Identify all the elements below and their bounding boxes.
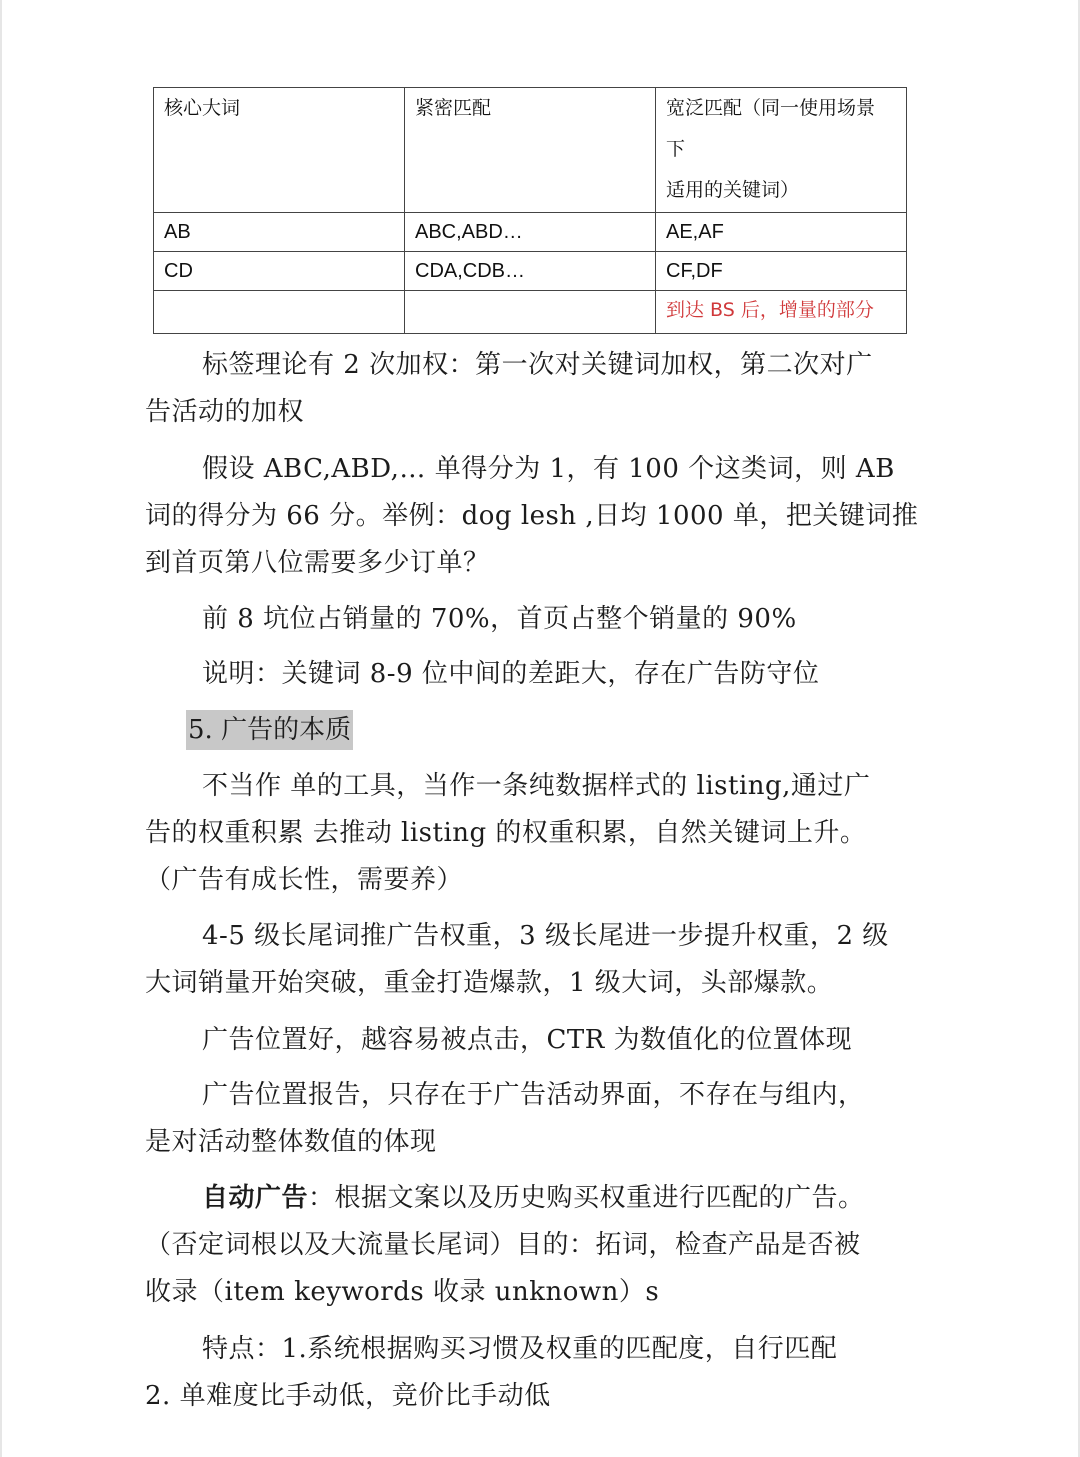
text-line: 4-5 级长尾词推广告权重，3 级长尾进一步提升权重，2 级: [202, 921, 889, 951]
text-line: 词的得分为 66 分。举例：dog lesh ,日均 1000 单，把关键词推: [145, 501, 918, 531]
table-cell-note: 到达 BS 后，增量的部分: [656, 291, 907, 334]
text-line: （广告有成长性，需要养）: [145, 865, 463, 895]
text-line: 2. 单难度比手动低，竞价比手动低: [145, 1381, 551, 1411]
bold-term: 自动广告: [202, 1183, 308, 1213]
text-line: 特点：1.系统根据购买习惯及权重的匹配度，自行匹配: [202, 1334, 837, 1364]
text-line: ：根据文案以及历史购买权重进行匹配的广告。: [308, 1183, 865, 1213]
table-header-row: 核心大词 紧密匹配 宽泛匹配（同一使用场景 下 适用的关键词）: [154, 88, 907, 213]
paragraph-label-theory: 标签理论有 2 次加权：第一次对关键词加权，第二次对广 告活动的加权: [145, 342, 937, 436]
text-line: 说明：关键词 8-9 位中间的差距大，存在广告防守位: [202, 659, 819, 689]
table-cell: AB: [154, 213, 405, 252]
text-line: 告活动的加权: [145, 397, 304, 427]
text-line: 假设 ABC,ABD,… 单得分为 1，有 100 个这类词，则 AB: [202, 454, 895, 484]
paragraph-features: 特点：1.系统根据购买习惯及权重的匹配度，自行匹配 2. 单难度比手动低，竞价比…: [145, 1326, 937, 1420]
paragraph-explanation: 说明：关键词 8-9 位中间的差距大，存在广告防守位: [145, 651, 937, 698]
header-broad-line-2: 下: [666, 129, 896, 170]
header-core-keyword: 核心大词: [154, 88, 405, 213]
section-heading: 5. 广告的本质: [186, 710, 353, 750]
paragraph-score-example: 假设 ABC,ABD,… 单得分为 1，有 100 个这类词，则 AB 词的得分…: [145, 446, 937, 587]
paragraph-sales-share: 前 8 坑位占销量的 70%，首页占整个销量的 90%: [145, 596, 937, 643]
text-line: 收录（item keywords 收录 unknown）s: [145, 1277, 659, 1307]
header-broad-line-1: 宽泛匹配（同一使用场景: [666, 88, 896, 129]
table-cell: [405, 291, 656, 334]
paragraph-ad-essence: 不当作 单的工具，当作一条纯数据样式的 listing,通过广 告的权重积累 去…: [145, 763, 937, 904]
table-cell: CF,DF: [656, 252, 907, 291]
text-line: 前 8 坑位占销量的 70%，首页占整个销量的 90%: [202, 604, 797, 634]
text-line: 是对活动整体数值的体现: [145, 1127, 437, 1157]
table-cell: [154, 291, 405, 334]
table-cell: AE,AF: [656, 213, 907, 252]
text-line: 告的权重积累 去推动 listing 的权重积累，自然关键词上升。: [145, 818, 866, 848]
table-row: AB ABC,ABD… AE,AF: [154, 213, 907, 252]
header-exact-match: 紧密匹配: [405, 88, 656, 213]
keyword-match-table: 核心大词 紧密匹配 宽泛匹配（同一使用场景 下 适用的关键词） AB ABC,A…: [153, 87, 907, 334]
paragraph-ctr: 广告位置好，越容易被点击，CTR 为数值化的位置体现: [145, 1017, 937, 1064]
header-broad-line-3: 适用的关键词）: [666, 170, 896, 211]
table-cell: CD: [154, 252, 405, 291]
paragraph-placement-report: 广告位置报告，只存在于广告活动界面，不存在与组内， 是对活动整体数值的体现: [145, 1072, 937, 1166]
paragraph-auto-ads: 自动广告：根据文案以及历史购买权重进行匹配的广告。 （否定词根以及大流量长尾词）…: [145, 1175, 937, 1316]
page-edge-left: [0, 0, 2, 1457]
header-broad-match: 宽泛匹配（同一使用场景 下 适用的关键词）: [656, 88, 907, 213]
text-line: 广告位置好，越容易被点击，CTR 为数值化的位置体现: [202, 1025, 852, 1055]
table-row: 到达 BS 后，增量的部分: [154, 291, 907, 334]
text-line: 标签理论有 2 次加权：第一次对关键词加权，第二次对广: [202, 350, 873, 380]
table-cell: ABC,ABD…: [405, 213, 656, 252]
paragraph-longtail-levels: 4-5 级长尾词推广告权重，3 级长尾进一步提升权重，2 级 大词销量开始突破，…: [145, 913, 937, 1007]
text-line: 到首页第八位需要多少订单？: [145, 548, 490, 578]
text-line: 大词销量开始突破，重金打造爆款，1 级大词，头部爆款。: [145, 968, 833, 998]
table-cell: CDA,CDB…: [405, 252, 656, 291]
text-line: 不当作 单的工具，当作一条纯数据样式的 listing,通过广: [202, 771, 870, 801]
table-row: CD CDA,CDB… CF,DF: [154, 252, 907, 291]
text-line: （否定词根以及大流量长尾词）目的：拓词，检查产品是否被: [145, 1230, 861, 1260]
text-line: 广告位置报告，只存在于广告活动界面，不存在与组内，: [202, 1080, 865, 1110]
